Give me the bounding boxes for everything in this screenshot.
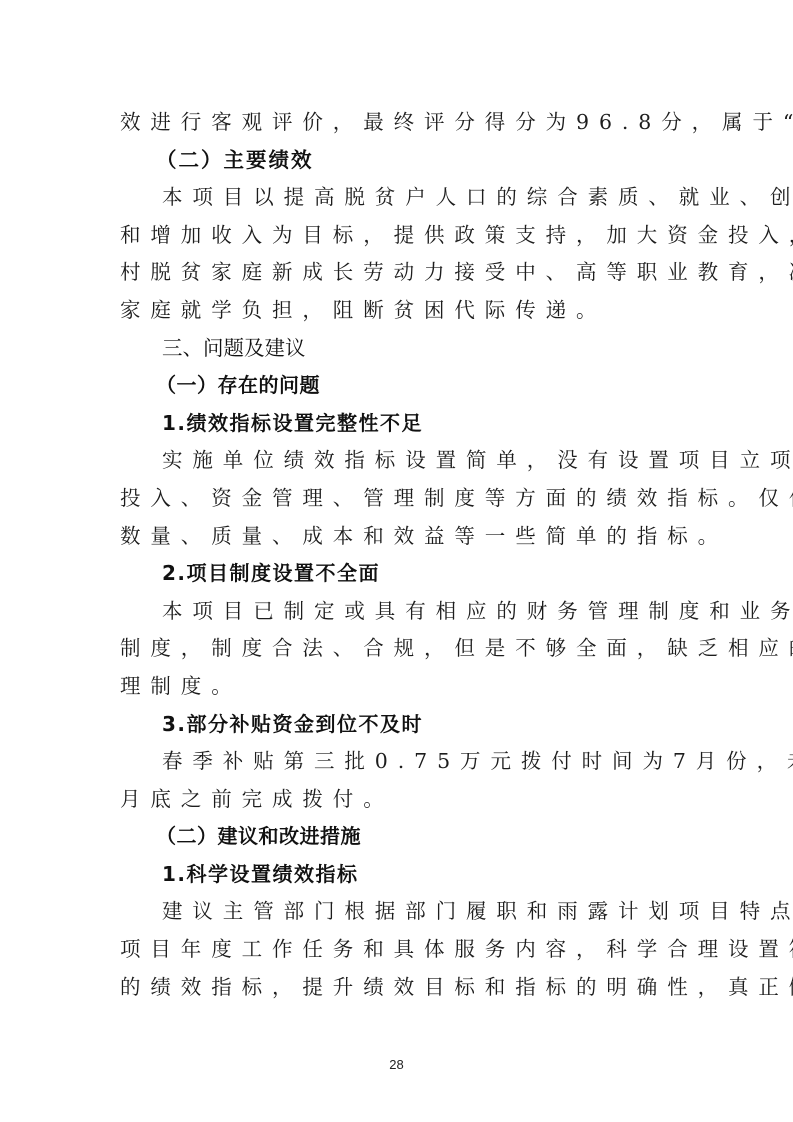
document-body: 效进行客观评价，最终评分得分为96.8分，属于“优”。 （二）主要绩效 本项目以… (120, 104, 676, 1006)
paragraph-line: 家庭就学负担，阻断贫困代际传递。 (120, 292, 676, 330)
paragraph-line: 实施单位绩效指标设置简单，没有设置项目立项、资金 (120, 442, 676, 480)
subheading-main-performance: （二）主要绩效 (120, 142, 676, 180)
paragraph-line: 春季补贴第三批0.75万元拨付时间为7月份，未在6 (120, 743, 676, 781)
paragraph-line: 理制度。 (120, 668, 676, 706)
subheading-suggestions-and-improvements: （二）建议和改进措施 (120, 818, 676, 856)
item-heading-funds-delayed: 3.部分补贴资金到位不及时 (120, 706, 676, 744)
item-heading-system-incomplete: 2.项目制度设置不全面 (120, 555, 676, 593)
paragraph-line: 投入、资金管理、管理制度等方面的绩效指标。仅仅设置了 (120, 480, 676, 518)
paragraph-line: 本项目以提高脱贫户人口的综合素质、就业、创业能力 (120, 179, 676, 217)
paragraph-line: 本项目已制定或具有相应的财务管理制度和业务管理 (120, 593, 676, 631)
paragraph-line: 村脱贫家庭新成长劳动力接受中、高等职业教育，减轻困难 (120, 254, 676, 292)
paragraph-line: 月底之前完成拨付。 (120, 781, 676, 819)
subheading-existing-problems: （一）存在的问题 (120, 367, 676, 405)
item-heading-scientific-indicators: 1.科学设置绩效指标 (120, 856, 676, 894)
page-number: 28 (0, 1057, 793, 1072)
paragraph-line: 数量、质量、成本和效益等一些简单的指标。 (120, 518, 676, 556)
paragraph-line: 的绩效指标，提升绩效目标和指标的明确性，真正做到目标 (120, 969, 676, 1007)
paragraph-line: 建议主管部门根据部门履职和雨露计划项目特点，结合 (120, 893, 676, 931)
section-heading-issues-and-suggestions: 三、问题及建议 (120, 330, 676, 368)
item-heading-indicator-completeness: 1.绩效指标设置完整性不足 (120, 405, 676, 443)
paragraph-line: 项目年度工作任务和具体服务内容，科学合理设置符合项目 (120, 931, 676, 969)
paragraph-line-evaluation-result: 效进行客观评价，最终评分得分为96.8分，属于“优”。 (120, 104, 676, 142)
paragraph-line: 和增加收入为目标，提供政策支持，加大资金投入，引导农 (120, 217, 676, 255)
document-page: 效进行客观评价，最终评分得分为96.8分，属于“优”。 （二）主要绩效 本项目以… (0, 0, 793, 1122)
paragraph-line: 制度，制度合法、合规，但是不够全面，缺乏相应的资金管 (120, 630, 676, 668)
